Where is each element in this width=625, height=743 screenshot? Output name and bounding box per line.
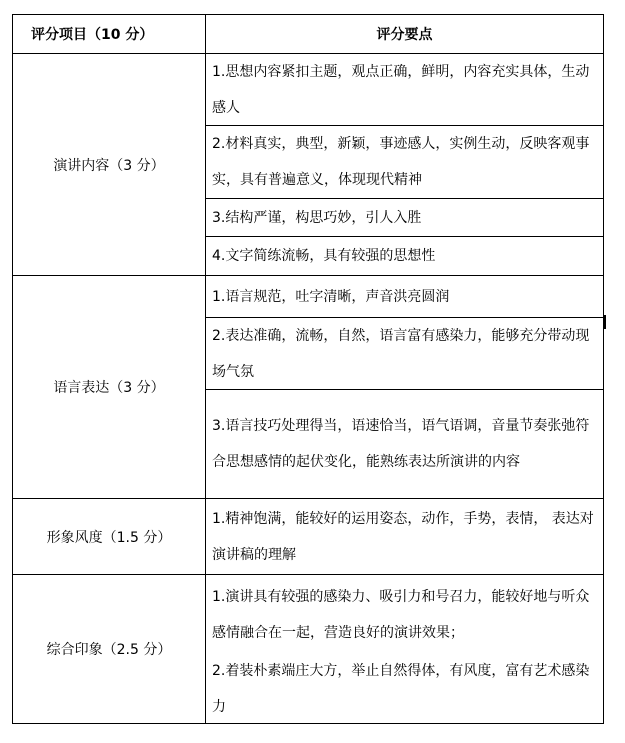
section-category: 综合印象（2.5 分） <box>13 575 206 723</box>
criteria-item: 3.语言技巧处理得当，语速恰当，语气语调，音量节奏张弛符合思想感情的起伏变化，能… <box>206 389 603 498</box>
criteria-item: 2.表达准确，流畅，自然，语言富有感染力，能够充分带动现场气氛 <box>206 317 603 389</box>
criteria-item: 4.文字简练流畅，具有较强的思想性 <box>206 236 603 275</box>
table-header-row: 评分项目（10 分） 评分要点 <box>13 15 603 53</box>
scoring-table: 评分项目（10 分） 评分要点 演讲内容（3 分） 1.思想内容紧扣主题，观点正… <box>12 14 604 724</box>
criteria-item: 2.着装朴素端庄大方，举止自然得体，有风度，富有艺术感染力 <box>206 655 603 723</box>
border-mark <box>603 315 606 329</box>
section-category: 语言表达（3 分） <box>13 276 206 498</box>
criteria-item: 2.材料真实，典型，新颖，事迹感人，实例生动，反映客观事实，具有普遍意义，体现现… <box>206 125 603 198</box>
criteria-item: 1.演讲具有较强的感染力、吸引力和号召力，能较好地与听众感情融合在一起，营造良好… <box>206 575 603 655</box>
section-overall: 综合印象（2.5 分） 1.演讲具有较强的感染力、吸引力和号召力，能较好地与听众… <box>13 574 603 723</box>
section-appearance: 形象风度（1.5 分） 1.精神饱满，能较好的运用姿态，动作，手势，表情， 表达… <box>13 498 603 574</box>
criteria-item: 1.精神饱满，能较好的运用姿态，动作，手势，表情， 表达对演讲稿的理解 <box>206 499 603 574</box>
criteria-item: 1.语言规范，吐字清晰，声音洪亮圆润 <box>206 276 603 317</box>
section-category: 演讲内容（3 分） <box>13 54 206 275</box>
section-language: 语言表达（3 分） 1.语言规范，吐字清晰，声音洪亮圆润 2.表达准确，流畅，自… <box>13 275 603 498</box>
header-category: 评分项目（10 分） <box>13 15 206 53</box>
header-criteria: 评分要点 <box>206 15 603 53</box>
criteria-item: 1.思想内容紧扣主题，观点正确，鲜明，内容充实具体，生动感人 <box>206 54 603 125</box>
criteria-item: 3.结构严谨，构思巧妙，引人入胜 <box>206 198 603 236</box>
section-category: 形象风度（1.5 分） <box>13 499 206 574</box>
section-content: 演讲内容（3 分） 1.思想内容紧扣主题，观点正确，鲜明，内容充实具体，生动感人… <box>13 53 603 275</box>
